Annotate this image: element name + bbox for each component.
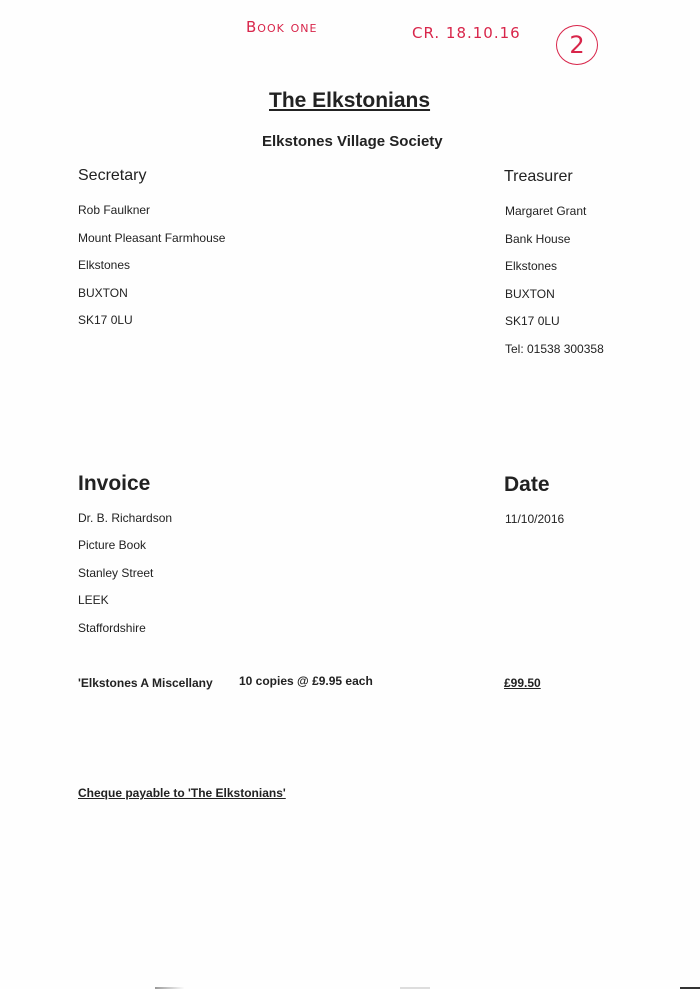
date-heading: Date (504, 473, 550, 497)
treasurer-phone: Tel: 01538 300358 (505, 342, 604, 356)
line-item-quantity: 10 copies @ £9.95 each (239, 674, 373, 688)
secretary-heading: Secretary (78, 167, 146, 185)
line-item-total: £99.50 (504, 676, 541, 690)
society-name: Elkstones Village Society (262, 133, 443, 150)
document-title: The Elkstonians (269, 89, 430, 113)
treasurer-line: Elkstones (505, 259, 557, 273)
handwritten-book-note: Book one (246, 18, 317, 36)
secretary-line: Mount Pleasant Farmhouse (78, 231, 225, 245)
handwritten-received-date: CR. 18.10.16 (412, 24, 521, 42)
treasurer-line: Margaret Grant (505, 204, 586, 218)
recipient-line: LEEK (78, 593, 109, 607)
secretary-line: Elkstones (78, 258, 130, 272)
invoice-heading: Invoice (78, 472, 150, 496)
handwritten-page-number: 2 (556, 25, 598, 65)
treasurer-line: Bank House (505, 232, 570, 246)
treasurer-line: SK17 0LU (505, 314, 560, 328)
secretary-line: Rob Faulkner (78, 203, 150, 217)
treasurer-line: BUXTON (505, 287, 555, 301)
secretary-line: BUXTON (78, 286, 128, 300)
payment-note: Cheque payable to 'The Elkstonians' (78, 786, 286, 800)
recipient-line: Staffordshire (78, 621, 146, 635)
secretary-line: SK17 0LU (78, 313, 133, 327)
treasurer-heading: Treasurer (504, 168, 573, 186)
recipient-line: Picture Book (78, 538, 146, 552)
recipient-line: Dr. B. Richardson (78, 511, 172, 525)
line-item-description: 'Elkstones A Miscellany (78, 676, 213, 690)
recipient-line: Stanley Street (78, 566, 153, 580)
invoice-date: 11/10/2016 (505, 512, 564, 526)
